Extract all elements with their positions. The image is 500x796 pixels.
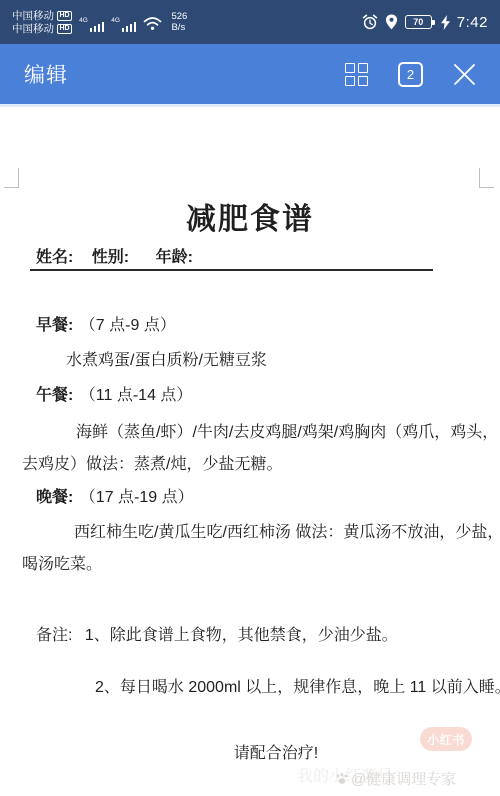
notes-label: 备注: xyxy=(36,627,72,644)
page-count-value: 2 xyxy=(407,67,414,82)
battery-level: 70 xyxy=(413,17,423,27)
status-right-cluster: 70 7:42 xyxy=(362,14,488,31)
dinner-label: 晚餐: xyxy=(36,489,73,506)
screen: 中国移动 HD 中国移动 HD 4G 4G xyxy=(0,0,500,796)
signal-icon-sim1: 4G xyxy=(79,17,104,32)
lunch-heading[interactable]: 午餐: （11 点-14 点） xyxy=(36,385,192,407)
paw-icon xyxy=(335,772,349,785)
edit-toolbar: 编辑 2 xyxy=(0,44,500,107)
lunch-items-line1[interactable]: 海鲜（蒸鱼/虾）/牛肉/去皮鸡腿/鸡架/鸡胸肉（鸡爪，鸡头， xyxy=(76,422,498,444)
carrier-labels: 中国移动 HD 中国移动 HD xyxy=(12,10,72,35)
grid-view-icon[interactable] xyxy=(345,63,368,86)
dinner-items-line2[interactable]: 喝汤吃菜。 xyxy=(22,554,102,576)
charging-bolt-icon xyxy=(441,15,450,30)
speed-value: 526 xyxy=(171,11,187,22)
breakfast-label: 早餐: xyxy=(36,317,73,334)
battery-icon: 70 xyxy=(405,15,432,29)
wifi-icon xyxy=(143,16,162,31)
dinner-heading[interactable]: 晚餐: （17 点-19 点） xyxy=(36,487,194,509)
notes-line1[interactable]: 备注: 1、除此食谱上食物，其他禁食，少油少盐。 xyxy=(36,625,398,647)
page-margin-corner-right xyxy=(479,168,494,188)
info-underline xyxy=(30,269,433,271)
carrier-row-2: 中国移动 HD xyxy=(12,23,72,35)
document-page[interactable]: 减肥食谱 姓名: 性别: 年龄: 早餐: （7 点-9 点） 水煮鸡蛋/蛋白质粉… xyxy=(0,110,500,796)
lunch-items-line2[interactable]: 去鸡皮）做法：蒸煮/炖，少盐无糖。 xyxy=(22,454,282,476)
status-bar: 中国移动 HD 中国移动 HD 4G 4G xyxy=(0,0,500,44)
hd-badge-1: HD xyxy=(57,11,72,21)
breakfast-items[interactable]: 水煮鸡蛋/蛋白质粉/无糖豆浆 xyxy=(66,350,267,372)
alarm-icon xyxy=(362,14,378,30)
lunch-label: 午餐: xyxy=(36,387,73,404)
breakfast-heading[interactable]: 早餐: （7 点-9 点） xyxy=(36,315,176,337)
dinner-items-line1[interactable]: 西红柿生吃/黄瓜生吃/西红柿汤 做法：黄瓜汤不放油，少盐， xyxy=(74,522,500,544)
network-speed: 526 B/s xyxy=(171,11,187,33)
status-left-cluster: 中国移动 HD 中国移动 HD 4G 4G xyxy=(12,10,187,35)
location-icon xyxy=(385,14,398,30)
xiaohongshu-badge: 小红书 xyxy=(420,727,472,751)
carrier-name-2: 中国移动 xyxy=(12,23,54,35)
patient-info-line[interactable]: 姓名: 性别: 年龄: xyxy=(36,247,193,269)
signal-bars-1 xyxy=(90,22,105,32)
clock-time: 7:42 xyxy=(457,14,488,31)
watermark-handle: @健康调理专家 xyxy=(335,768,456,789)
toolbar-actions: 2 xyxy=(345,62,476,87)
gender-label: 性别: xyxy=(92,249,129,266)
network-type-label-1: 4G xyxy=(79,17,88,24)
name-label: 姓名: xyxy=(36,249,73,266)
document-title[interactable]: 减肥食谱 xyxy=(0,194,500,238)
hd-badge-2: HD xyxy=(57,24,72,34)
signal-icon-sim2: 4G xyxy=(111,17,136,32)
page-margin-corner-left xyxy=(4,168,19,188)
notes-item1: 1、除此食谱上食物，其他禁食，少油少盐。 xyxy=(85,627,398,644)
network-type-label-2: 4G xyxy=(111,17,120,24)
speed-unit: B/s xyxy=(171,22,185,33)
dinner-time: （17 点-19 点） xyxy=(80,489,194,506)
toolbar-title[interactable]: 编辑 xyxy=(24,59,68,89)
breakfast-time: （7 点-9 点） xyxy=(80,317,176,334)
carrier-row-1: 中国移动 HD xyxy=(12,10,72,22)
carrier-name-1: 中国移动 xyxy=(12,10,54,22)
page-count-button[interactable]: 2 xyxy=(398,62,423,87)
close-icon[interactable] xyxy=(453,63,476,86)
notes-line2[interactable]: 2、每日喝水 2000ml 以上，规律作息，晚上 11 以前入睡。 xyxy=(95,677,500,699)
signal-bars-2 xyxy=(122,22,137,32)
lunch-time: （11 点-14 点） xyxy=(80,387,193,404)
age-label: 年龄: xyxy=(156,249,193,266)
handle-text: @健康调理专家 xyxy=(351,768,456,789)
